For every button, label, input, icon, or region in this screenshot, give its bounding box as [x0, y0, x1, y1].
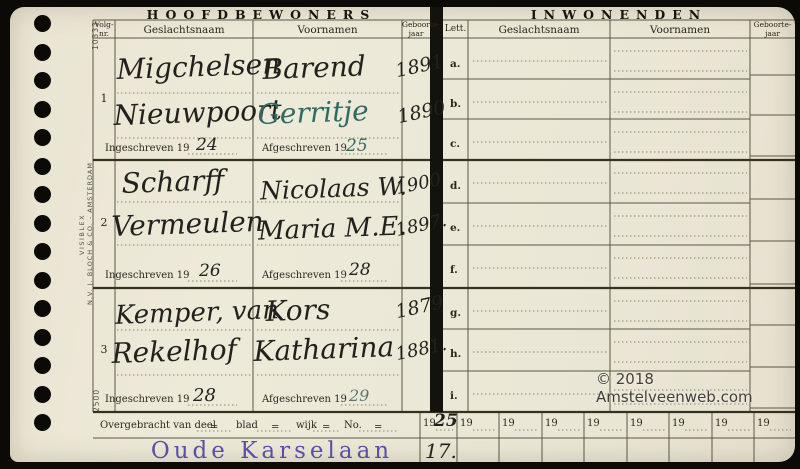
entry-3-afgeschreven-label: Afgeschreven 19	[262, 394, 347, 405]
card-print-run-number: 2500	[92, 380, 101, 412]
entry-1-afgeschreven-label: Afgeschreven 19	[262, 143, 347, 154]
entry-3-geslachtsnaam-1: Kemper, van	[115, 297, 280, 329]
col-geslachtsnaam-left: Geslachtsnaam	[115, 24, 253, 36]
entry-2-afgeschreven-label: Afgeschreven 19	[262, 270, 347, 281]
entry-1-voornamen-1: Barend	[262, 52, 366, 84]
brand-name: VISIBLEX	[78, 160, 86, 308]
col-geboortejaar-right: Geboorte- jaar	[750, 21, 795, 38]
col-voornamen-left: Voornamen	[253, 24, 402, 36]
inwonenden-title: INWONENDEN	[443, 7, 795, 20]
entry-2-voornamen-1: Nicolaas W.	[260, 173, 408, 203]
copyright-watermark: © 2018 Amstelveenweb.com	[596, 370, 800, 406]
brand-company: N.V. J. BLOCH & CO. - AMSTERDAM	[86, 160, 94, 308]
entry-3-voornamen-1: Kors	[265, 296, 331, 326]
entry-1-geslachtsnaam-1: Migchelsen	[116, 50, 281, 84]
col-voornamen-right: Voornamen	[610, 24, 750, 36]
year-cell-5-label: 19	[587, 418, 600, 429]
inwonenden-row-b: b.	[450, 98, 461, 110]
page-number: 17.	[425, 441, 457, 461]
no-label: No.	[344, 420, 362, 431]
year-cell-3-label: 19	[502, 418, 515, 429]
manufacturer-imprint: VISIBLEX N.V. J. BLOCH & CO. - AMSTERDAM	[78, 160, 94, 308]
inwonenden-row-f: f.	[450, 264, 458, 276]
blad-label: blad	[236, 420, 258, 431]
overgebracht-label: Overgebracht van deel	[100, 420, 216, 431]
entry-3-voornamen-2: Katharina	[253, 333, 395, 366]
entry-1-afgeschreven-value: 25	[346, 138, 368, 155]
inwonenden-row-c: c.	[450, 138, 460, 150]
entry-1-ingeschreven-label: Ingeschreven 19	[105, 143, 190, 154]
register-card-scan: 10333 VISIBLEX N.V. J. BLOCH & CO. - AMS…	[0, 0, 800, 469]
entry-2-geslachtsnaam-1: Scharff	[121, 166, 225, 198]
year-cell-2-label: 19	[460, 418, 473, 429]
entry-2-voornamen-2: Maria M.E.	[258, 213, 408, 244]
year-cell-4-label: 19	[545, 418, 558, 429]
year-cell-9-label: 19	[757, 418, 770, 429]
year-cell-1-value: 25	[434, 413, 458, 430]
year-cell-8-label: 19	[715, 418, 728, 429]
inwonenden-row-g: g.	[450, 307, 461, 319]
entry-1-volgnr: 1	[93, 92, 115, 105]
entry-3-afgeschreven-value: 29	[349, 388, 369, 404]
entry-1-ingeschreven-value: 24	[196, 137, 218, 154]
inwonenden-row-h: h.	[450, 348, 461, 360]
col-volgnr: Volg- nr.	[93, 21, 115, 38]
entry-1-voornamen-2: Gerritje	[257, 97, 369, 129]
year-cell-7-label: 19	[672, 418, 685, 429]
wijk-label: wijk	[296, 420, 317, 431]
entry-3-ingeschreven-value: 28	[193, 387, 216, 405]
inwonenden-row-d: d.	[450, 180, 461, 192]
col-geslachtsnaam-right: Geslachtsnaam	[468, 24, 610, 36]
entry-2-ingeschreven-value: 26	[199, 263, 221, 280]
address-stamp: Oude Karselaan	[140, 438, 404, 464]
entry-2-afgeschreven-value: 28	[349, 262, 371, 279]
hoofdbewoners-title: HOOFDBEWONERS	[93, 7, 430, 20]
no-mark: =	[374, 423, 382, 433]
wijk-mark: =	[322, 423, 330, 433]
inwonenden-row-i: i.	[450, 390, 458, 402]
entry-2-ingeschreven-label: Ingeschreven 19	[105, 270, 190, 281]
entry-3-ingeschreven-label: Ingeschreven 19	[105, 394, 190, 405]
overgebracht-deel-mark: =	[210, 423, 218, 433]
blad-mark: =	[271, 423, 279, 433]
inwonenden-row-e: e.	[450, 222, 460, 234]
col-lett: Lett.	[443, 24, 468, 34]
inwonenden-row-a: a.	[450, 58, 460, 70]
year-cell-6-label: 19	[630, 418, 643, 429]
entry-3-geslachtsnaam-2: Rekelhof	[111, 336, 237, 368]
entry-2-geslachtsnaam-2: Vermeulen	[111, 208, 264, 241]
col-geboortejaar-left: Geboorte- jaar	[402, 21, 430, 38]
